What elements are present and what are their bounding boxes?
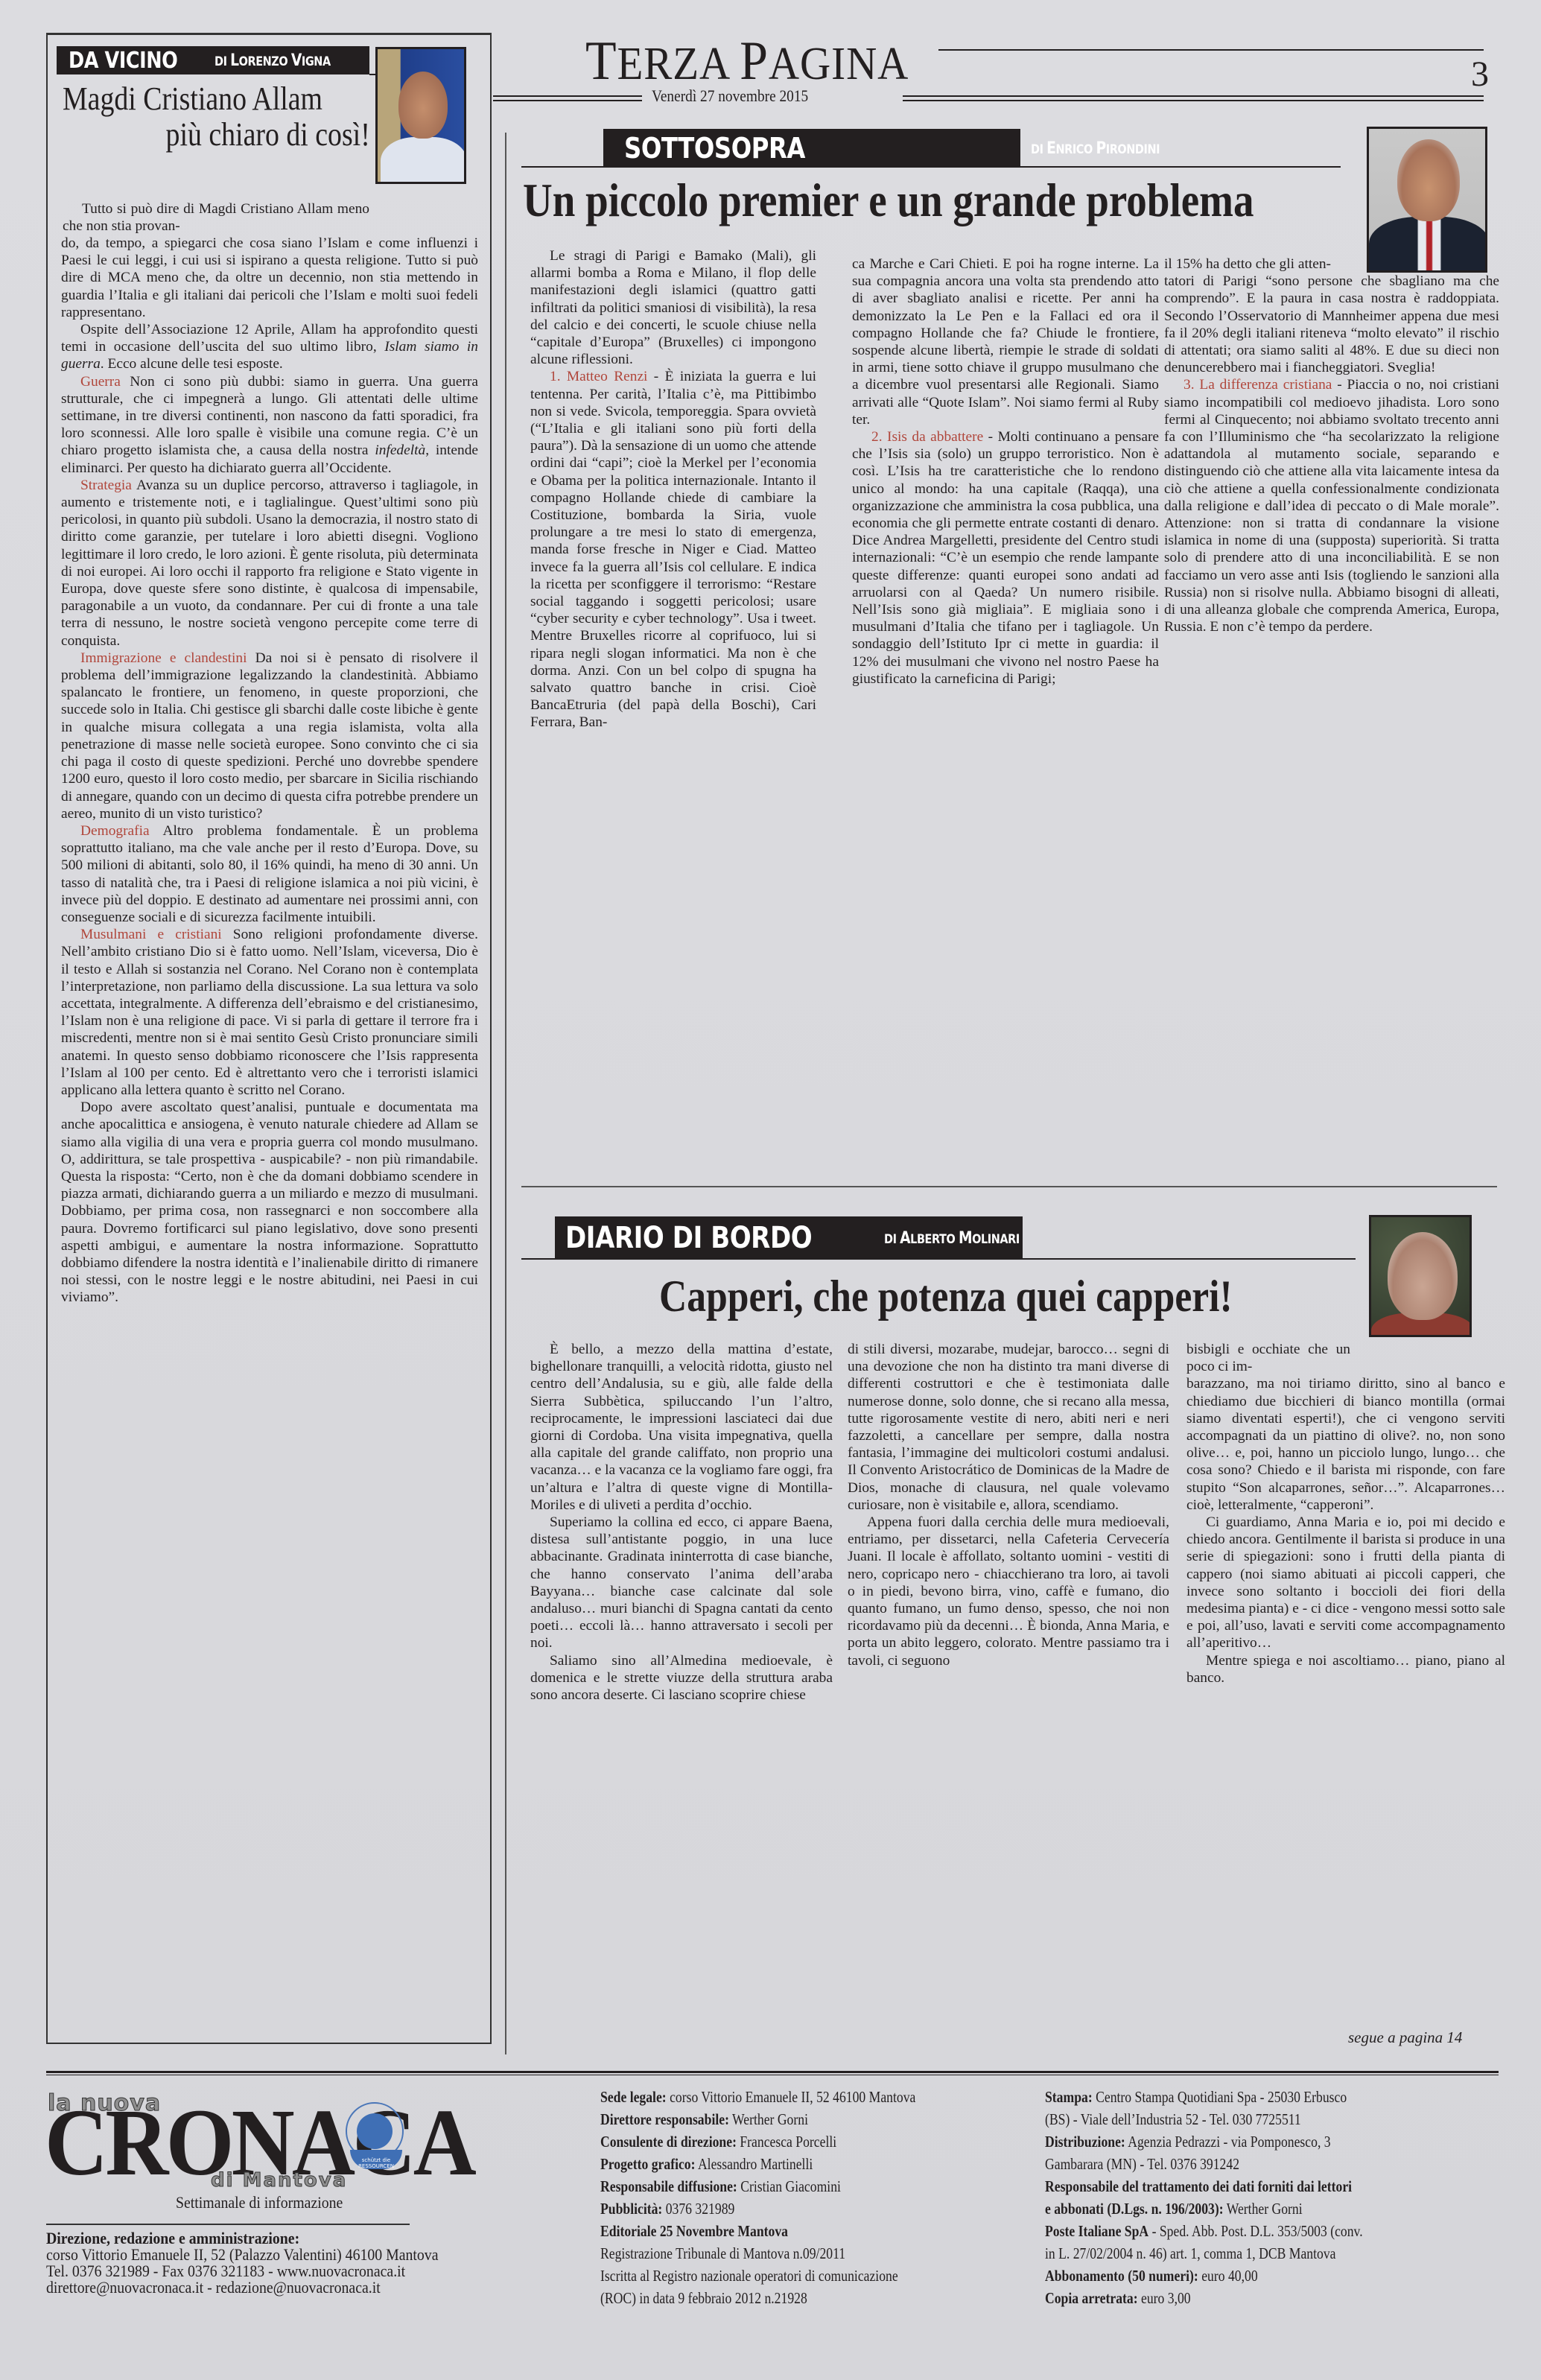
section-keyword: Demografia xyxy=(80,823,150,839)
diario-column-1: È bello, a mezzo della mattina d’estate,… xyxy=(530,1341,833,1704)
section-masthead: TERZA PAGINA xyxy=(585,30,909,93)
section-keyword: Immigrazione e clandestini xyxy=(80,650,247,666)
newspaper-page: TERZA PAGINA Venerdì 27 novembre 2015 3 … xyxy=(0,0,1541,2380)
article-lead: Tutto si può dire di Magdi Cristiano All… xyxy=(63,200,369,235)
article-headline: Capperi, che potenza quei capperi! xyxy=(659,1271,1233,1322)
article-body: do, da tempo, a spiegarci che cosa siano… xyxy=(61,235,478,1307)
section-keyword: Guerra xyxy=(80,374,121,390)
author-photo-molinari xyxy=(1369,1215,1472,1337)
sottosopra-rubric: SOTTOSOPRA DI ENRICO PIRONDINI xyxy=(603,129,1020,168)
author-photo-allam xyxy=(375,47,466,184)
column-divider xyxy=(505,133,506,2054)
header-rule xyxy=(938,49,1484,51)
sottosopra-column-3: il 15% ha detto che gli atten- tatori di… xyxy=(1164,256,1499,635)
byline: DI ENRICO PIRONDINI xyxy=(1031,139,1160,158)
continued-on-page-link[interactable]: segue a pagina 14 xyxy=(1348,2028,1462,2047)
section-keyword: 2. Isis da abbattere xyxy=(871,429,983,445)
issue-date: Venerdì 27 novembre 2015 xyxy=(652,86,808,106)
section-keyword: Strategia xyxy=(80,477,132,493)
colophon-left: Sede legale: corso Vittorio Emanuele II,… xyxy=(600,2086,915,2309)
section-keyword: Musulmani e cristiani xyxy=(80,927,222,942)
section-separator xyxy=(521,1186,1497,1187)
article-headline: Un piccolo premier e un grande problema xyxy=(523,173,1254,228)
section-keyword: 1. Matteo Renzi xyxy=(550,369,647,384)
date-rule-right xyxy=(903,95,1484,101)
footer-rule xyxy=(46,2071,1499,2075)
diario-column-3: bisbigli e occhiate che un poco ci im- b… xyxy=(1186,1341,1505,1686)
logo-subtitle: Settimanale di informazione xyxy=(176,2193,343,2212)
da-vicino-rubric: DA VICINO DI LORENZO VIGNA xyxy=(57,46,369,74)
rubric-rule xyxy=(521,1258,1356,1260)
sottosopra-column-1: Le stragi di Parigi e Bamako (Mali), gli… xyxy=(530,247,816,732)
byline: DI LORENZO VIGNA xyxy=(215,51,331,70)
colophon-right: Stampa: Centro Stampa Quotidiani Spa - 2… xyxy=(1045,2086,1363,2309)
footer-divider xyxy=(46,2224,410,2225)
diario-di-bordo-rubric: DIARIO DI BORDO DI ALBERTO MOLINARI xyxy=(555,1216,1023,1260)
author-photo-pirondini xyxy=(1367,127,1487,273)
sottosopra-column-2: ca Marche e Cari Chieti. E poi ha rogne … xyxy=(852,256,1159,688)
date-rule-left xyxy=(493,95,642,101)
article-headline: Magdi Cristiano Allam più chiaro di così… xyxy=(63,81,326,153)
logo-la-nuova: la nuova xyxy=(48,2090,161,2116)
page-number: 3 xyxy=(1471,54,1489,95)
da-vicino-article: DA VICINO DI LORENZO VIGNA Magdi Cristia… xyxy=(46,33,492,2044)
diario-column-2: di stili diversi, mozarabe, mudejar, bar… xyxy=(848,1341,1169,1669)
section-keyword: 3. La differenza cristiana xyxy=(1183,377,1332,393)
logo-di-mantova: di Mantova xyxy=(211,2169,347,2192)
editorial-address: Direzione, redazione e amministrazione: … xyxy=(46,2230,439,2296)
rubric-rule xyxy=(521,166,1341,168)
byline: DI ALBERTO MOLINARI xyxy=(884,1229,1020,1248)
